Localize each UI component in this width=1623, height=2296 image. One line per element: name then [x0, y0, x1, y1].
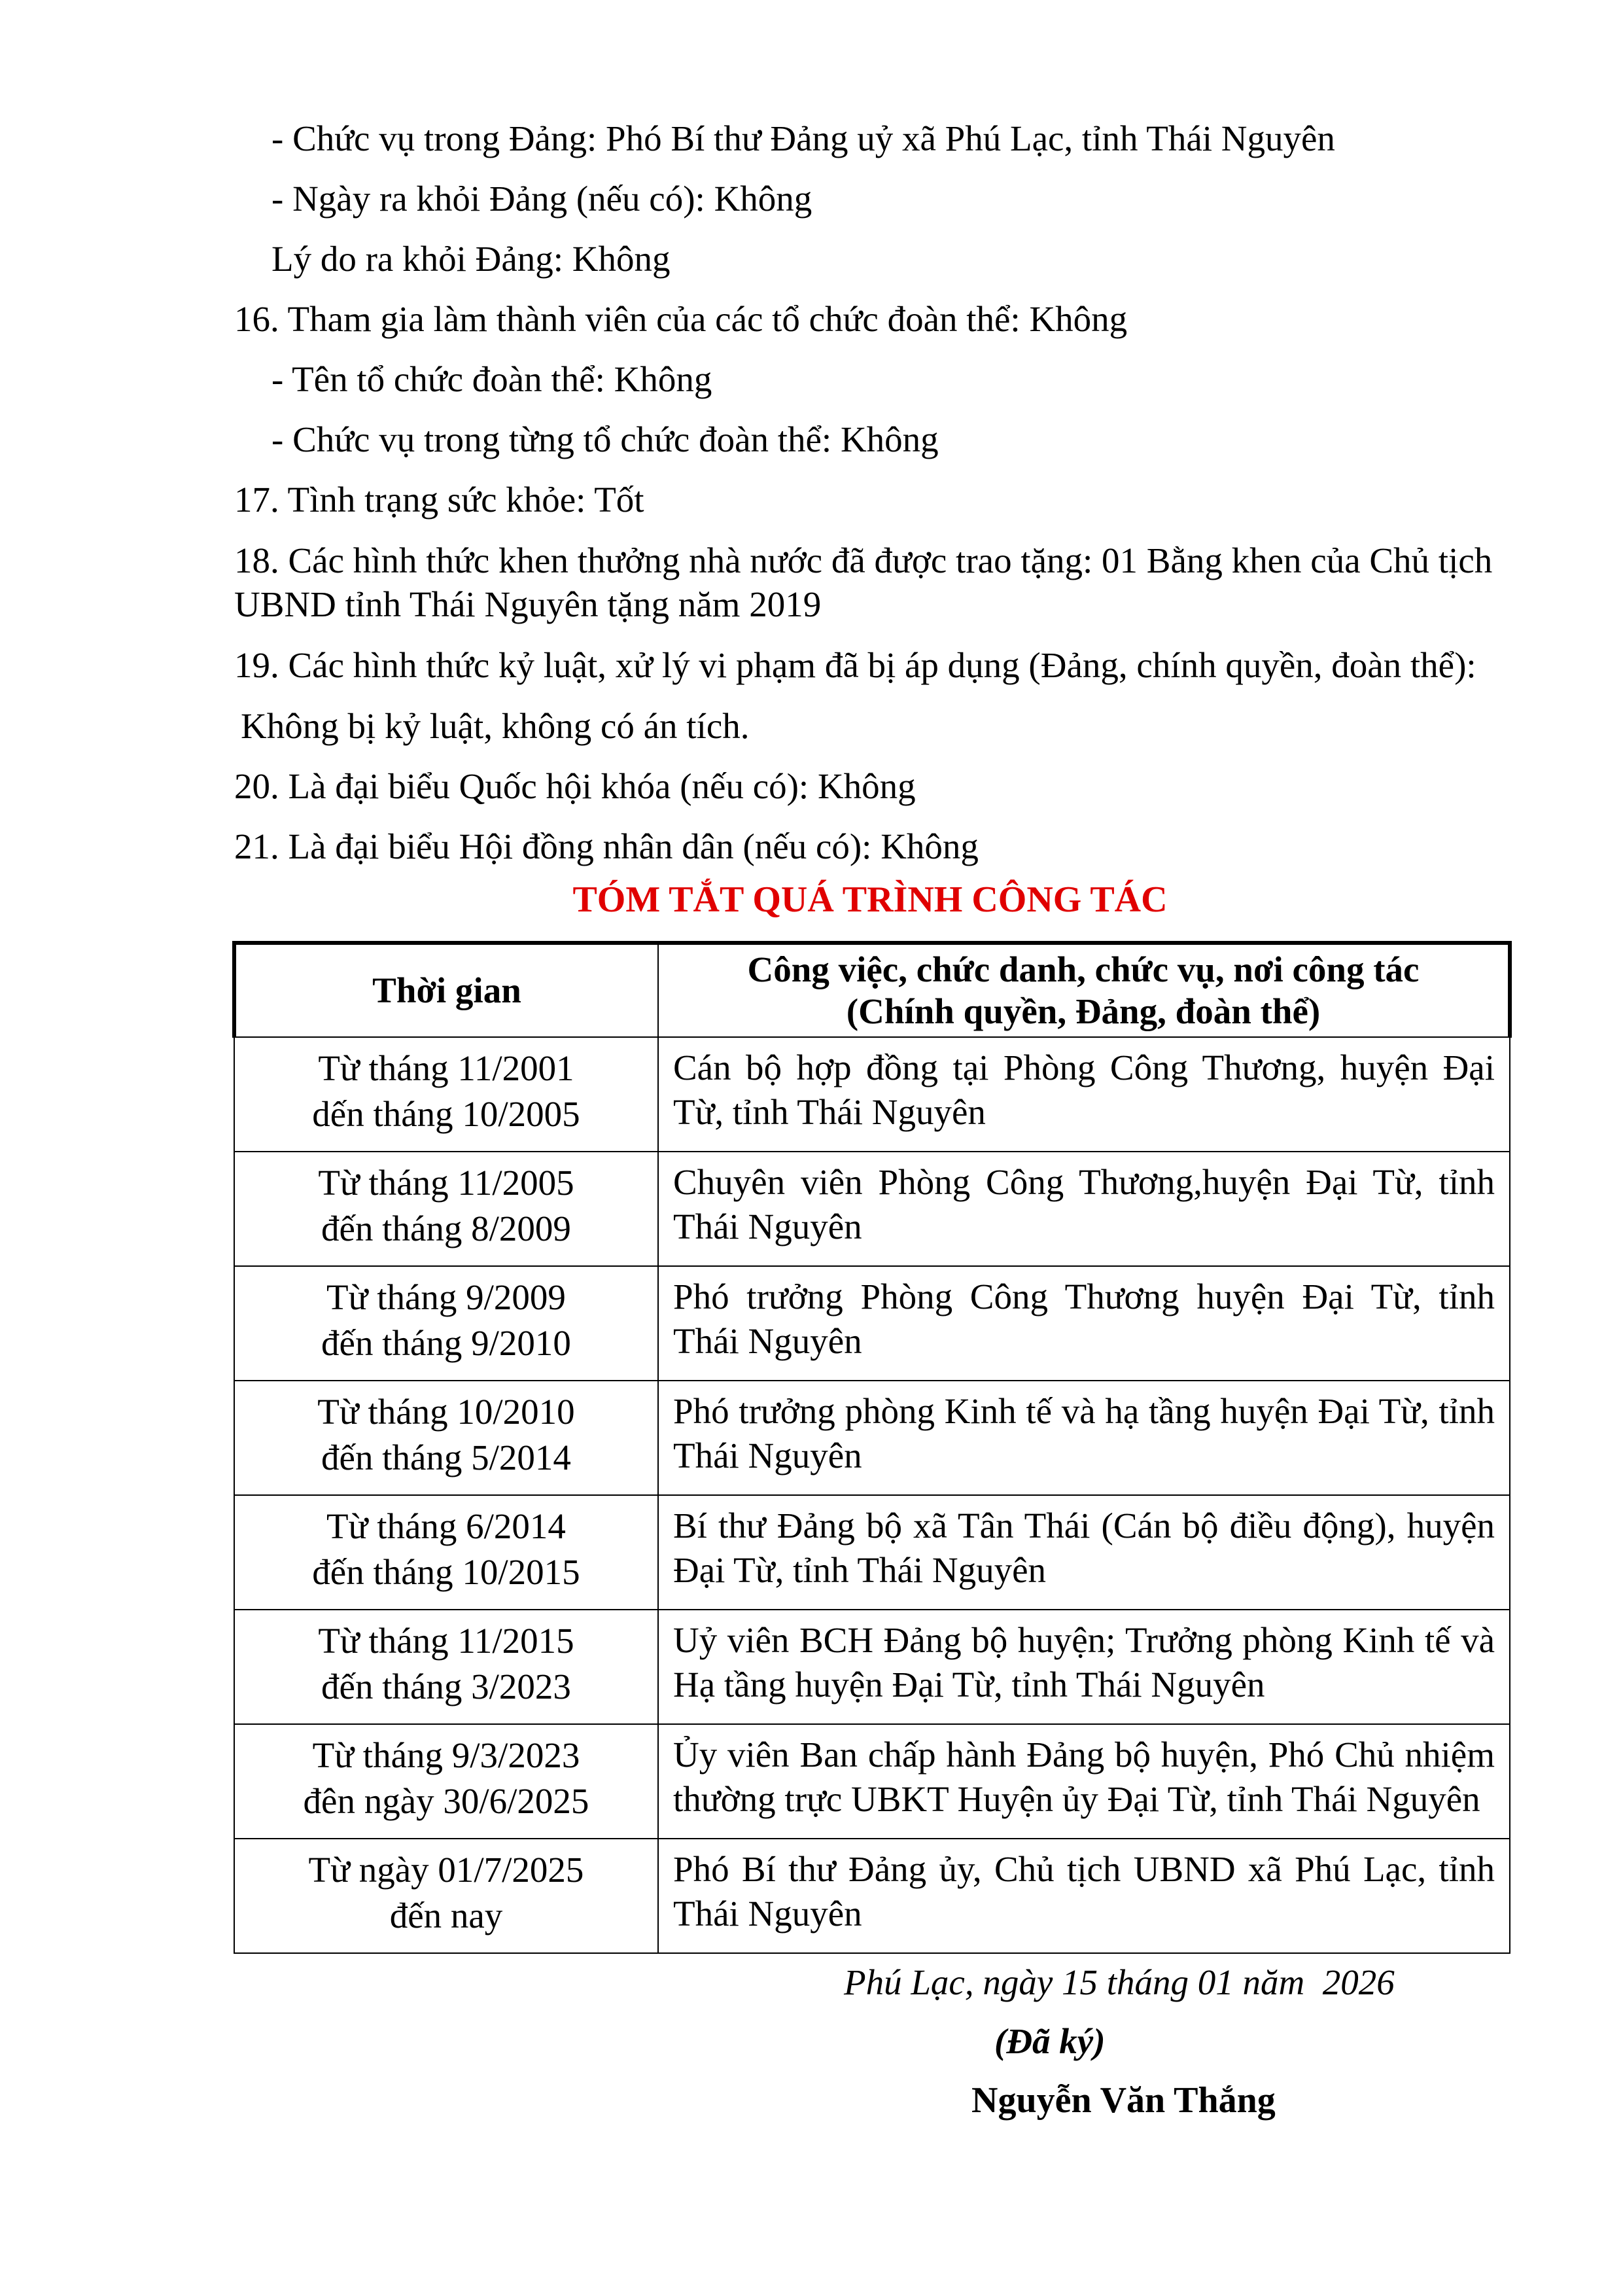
time-cell: Từ tháng 11/2005đến tháng 8/2009	[234, 1152, 658, 1266]
job-description: Phó Bí thư Đảng ủy, Chủ tịch UBND xã Phú…	[658, 1839, 1510, 1953]
time-to: đến tháng 8/2009	[245, 1206, 647, 1252]
table-row: Từ tháng 11/2015đến tháng 3/2023Uỷ viên …	[234, 1610, 1510, 1724]
job-description: Cán bộ hợp đồng tại Phòng Công Thương, h…	[658, 1037, 1510, 1152]
party-leave-date: - Ngày ra khỏi Đảng (nếu có): Không	[271, 178, 812, 220]
job-description: Phó trưởng phòng Kinh tế và hạ tầng huyệ…	[658, 1381, 1510, 1495]
time-from: Từ tháng 11/2005	[245, 1160, 647, 1206]
item-21: 21. Là đại biểu Hội đồng nhân dân (nếu c…	[234, 826, 979, 868]
signature-signed: (Đã ký)	[994, 2019, 1106, 2064]
party-leave-reason: Lý do ra khỏi Đảng: Không	[271, 238, 671, 280]
table-body: Từ tháng 11/2001dến tháng 10/2005Cán bộ …	[234, 1037, 1510, 1953]
table-row: Từ ngày 01/7/2025đến nayPhó Bí thư Đảng …	[234, 1839, 1510, 1953]
job-description: Chuyên viên Phòng Công Thương,huyện Đại …	[658, 1152, 1510, 1266]
time-to: đến tháng 3/2023	[245, 1664, 647, 1710]
item-16: 16. Tham gia làm thành viên của các tổ c…	[234, 298, 1127, 340]
time-to: dến tháng 10/2005	[245, 1091, 647, 1137]
time-cell: Từ tháng 10/2010đến tháng 5/2014	[234, 1381, 658, 1495]
work-history-table: Thời gian Công việc, chức danh, chức vụ,…	[232, 941, 1512, 1954]
time-cell: Từ tháng 11/2015đến tháng 3/2023	[234, 1610, 658, 1724]
item-19-line-1: 19. Các hình thức kỷ luật, xử lý vi phạm…	[234, 645, 1476, 686]
item-16-org-position: - Chức vụ trong từng tổ chức đoàn thể: K…	[271, 419, 939, 461]
table-row: Từ tháng 9/3/2023đên ngày 30/6/2025Ủy vi…	[234, 1724, 1510, 1839]
time-cell: Từ ngày 01/7/2025đến nay	[234, 1839, 658, 1953]
item-16-org-name: - Tên tổ chức đoàn thể: Không	[271, 359, 712, 400]
header-time: Thời gian	[234, 943, 658, 1037]
time-to: đến tháng 9/2010	[245, 1320, 647, 1366]
header-job-line-2: (Chính quyền, Đảng, đoàn thể)	[665, 991, 1501, 1033]
table-header-row: Thời gian Công việc, chức danh, chức vụ,…	[234, 943, 1510, 1037]
time-to: đến tháng 10/2015	[245, 1549, 647, 1595]
time-from: Từ tháng 9/2009	[245, 1275, 647, 1320]
time-cell: Từ tháng 6/2014đến tháng 10/2015	[234, 1495, 658, 1610]
time-to: đến nay	[245, 1893, 647, 1939]
signature-name: Nguyễn Văn Thắng	[971, 2077, 1276, 2123]
time-from: Từ tháng 6/2014	[245, 1504, 647, 1549]
time-to: đến tháng 5/2014	[245, 1435, 647, 1481]
job-description: Bí thư Đảng bộ xã Tân Thái (Cán bộ điều …	[658, 1495, 1510, 1610]
table-row: Từ tháng 11/2001dến tháng 10/2005Cán bộ …	[234, 1037, 1510, 1152]
table-row: Từ tháng 6/2014đến tháng 10/2015Bí thư Đ…	[234, 1495, 1510, 1610]
table-row: Từ tháng 11/2005đến tháng 8/2009Chuyên v…	[234, 1152, 1510, 1266]
item-20: 20. Là đại biểu Quốc hội khóa (nếu có): …	[234, 766, 916, 807]
time-from: Từ tháng 11/2001	[245, 1046, 647, 1091]
job-description: Ủy viên Ban chấp hành Đảng bộ huyện, Phó…	[658, 1724, 1510, 1839]
header-job-line-1: Công việc, chức danh, chức vụ, nơi công …	[665, 949, 1501, 991]
job-description: Uỷ viên BCH Đảng bộ huyện; Trưởng phòng …	[658, 1610, 1510, 1724]
time-cell: Từ tháng 9/3/2023đên ngày 30/6/2025	[234, 1724, 658, 1839]
time-from: Từ tháng 10/2010	[245, 1389, 647, 1435]
time-cell: Từ tháng 11/2001dến tháng 10/2005	[234, 1037, 658, 1152]
section-title: TÓM TẮT QUÁ TRÌNH CÔNG TÁC	[232, 877, 1508, 923]
item-19-line-2: Không bị kỷ luật, không có án tích.	[241, 705, 750, 747]
time-from: Từ tháng 11/2015	[245, 1618, 647, 1664]
table-row: Từ tháng 10/2010đến tháng 5/2014Phó trưở…	[234, 1381, 1510, 1495]
time-from: Từ tháng 9/3/2023	[245, 1733, 647, 1778]
time-to: đên ngày 30/6/2025	[245, 1778, 647, 1824]
time-cell: Từ tháng 9/2009đến tháng 9/2010	[234, 1266, 658, 1381]
party-position: - Chức vụ trong Đảng: Phó Bí thư Đảng uỷ…	[271, 118, 1335, 160]
signature-place-date: Phú Lạc, ngày 15 tháng 01 năm 2026	[844, 1960, 1395, 2005]
table-row: Từ tháng 9/2009đến tháng 9/2010Phó trưởn…	[234, 1266, 1510, 1381]
item-17: 17. Tình trạng sức khỏe: Tốt	[234, 479, 644, 521]
job-description: Phó trưởng Phòng Công Thương huyện Đại T…	[658, 1266, 1510, 1381]
item-18-line-1: 18. Các hình thức khen thưởng nhà nước đ…	[234, 540, 1492, 582]
header-job: Công việc, chức danh, chức vụ, nơi công …	[658, 943, 1510, 1037]
item-18-line-2: UBND tỉnh Thái Nguyên tặng năm 2019	[234, 584, 821, 626]
time-from: Từ ngày 01/7/2025	[245, 1847, 647, 1893]
